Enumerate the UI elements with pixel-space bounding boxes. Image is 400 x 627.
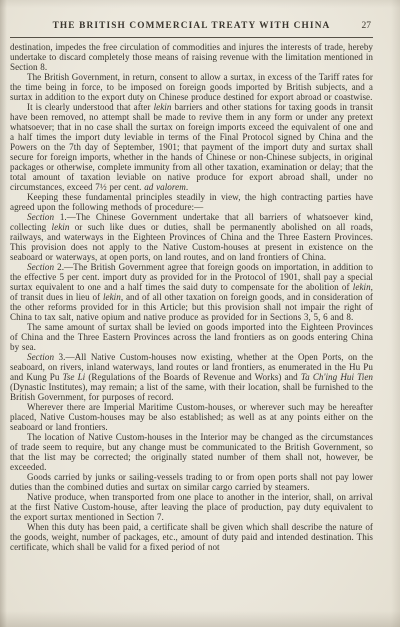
page-number: 27: [362, 21, 372, 31]
paragraph: Keeping these fundamental principles ste…: [10, 192, 373, 212]
paragraph: Section 3.—All Native Custom-houses now …: [10, 352, 373, 402]
book-page: THE BRITISH COMMERCIAL TREATY WITH CHINA…: [0, 0, 400, 627]
paragraph: When this duty has been paid, a certific…: [10, 522, 373, 552]
page-body: destination, impedes the free circulatio…: [10, 42, 373, 552]
paragraph: Goods carried by junks or sailing-vessel…: [10, 472, 373, 492]
paragraph: The British Government, in return, conse…: [10, 72, 373, 102]
header-rule: [10, 37, 373, 38]
paragraph: destination, impedes the free circulatio…: [10, 42, 373, 72]
paragraph: It is clearly understood that after leki…: [10, 102, 373, 192]
paragraph: The same amount of surtax shall be levie…: [10, 322, 373, 352]
paragraph: Native produce, when transported from on…: [10, 492, 373, 522]
paragraph: Section 2.—The British Government agree …: [10, 262, 373, 322]
page-header: THE BRITISH COMMERCIAL TREATY WITH CHINA…: [10, 21, 373, 34]
paragraph: Section 1.—The Chinese Government undert…: [10, 212, 373, 262]
paragraph: Wherever there are Imperial Maritime Cus…: [10, 402, 373, 432]
paragraph: The location of Native Custom-houses in …: [10, 432, 373, 472]
running-title: THE BRITISH COMMERCIAL TREATY WITH CHINA: [10, 21, 373, 31]
